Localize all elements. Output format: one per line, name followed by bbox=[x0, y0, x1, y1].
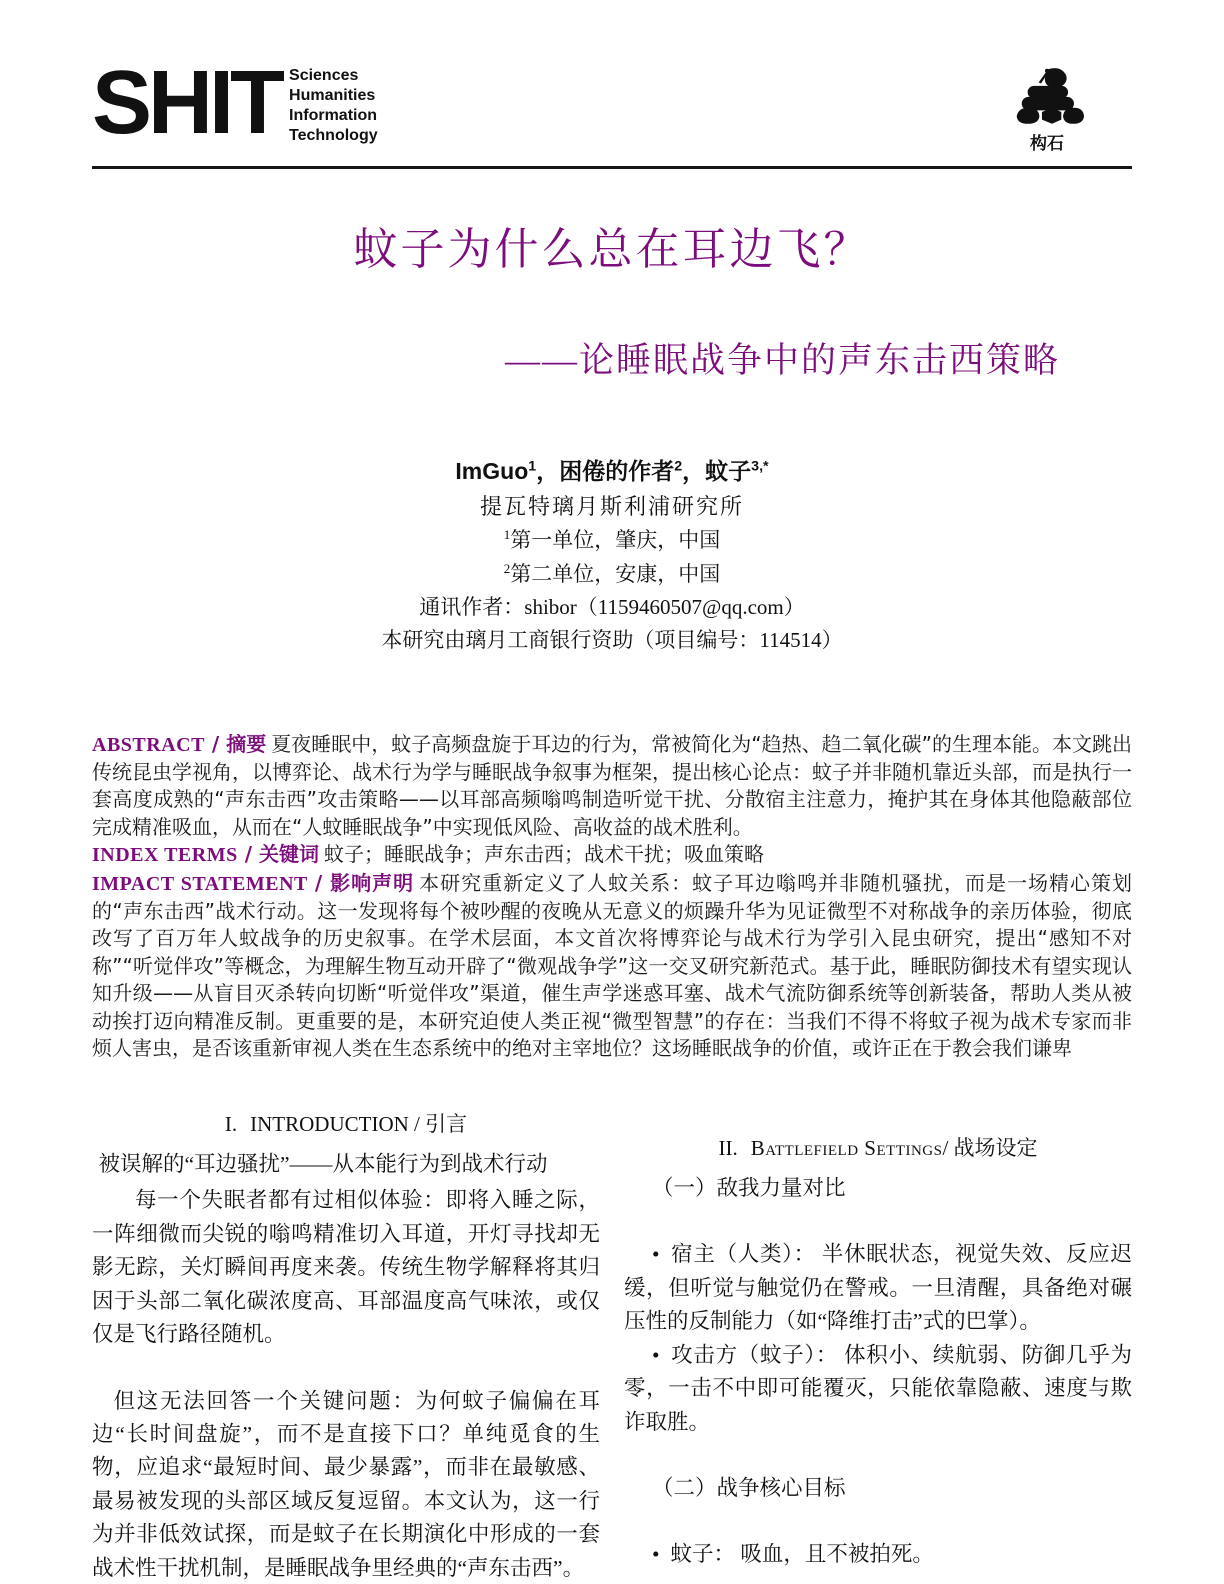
journal-logo-words: Sciences Humanities Information Technolo… bbox=[289, 60, 378, 146]
author-affil-mark: 3,* bbox=[751, 458, 768, 474]
logo-word: Technology bbox=[289, 126, 378, 146]
abstract-paragraph: ABSTRACT/ 摘要夏夜睡眠中，蚊子高频盘旋于耳边的行为，常被简化为“趋热、… bbox=[92, 731, 1132, 842]
author-line: ImGuo1，困倦的作者2，蚊子3,* bbox=[92, 457, 1132, 487]
bullet-item-mosquito-goal: •蚊子： 吸血，且不被拍死。 bbox=[624, 1538, 1132, 1571]
bullet-text: 攻击方（蚊子）： 体积小、续航弱、防御几乎为零，一击不中即可能覆灭，只能依靠隐蔽… bbox=[624, 1343, 1132, 1434]
org-badge: 构石 bbox=[1004, 64, 1090, 154]
index-terms-label-zh: / 关键词 bbox=[238, 842, 324, 866]
bullet-icon: • bbox=[652, 1343, 660, 1367]
impact-statement-paragraph: IMPACT STATEMENT/ 影响声明本研究重新定义了人蚊关系：蚊子耳边嗡… bbox=[92, 870, 1132, 1063]
masthead-rule bbox=[92, 166, 1132, 169]
column-right: II.Battlefield Settings/ 战场设定 （一）敌我力量对比 … bbox=[624, 1108, 1132, 1584]
bullet-icon: • bbox=[652, 1242, 660, 1266]
affiliation-text: 第二单位，安康，中国 bbox=[510, 562, 720, 586]
battlefield-subsection-1: （一）敌我力量对比 bbox=[624, 1172, 1132, 1205]
journal-brand: SHIT Sciences Humanities Information Tec… bbox=[92, 60, 378, 146]
stone-pile-icon bbox=[1004, 64, 1090, 128]
section-title-en: Battlefield Settings bbox=[751, 1136, 943, 1160]
index-terms-text: 蚊子；睡眠战争；声东击西；战术干扰；吸血策略 bbox=[324, 842, 764, 866]
bullet-item-attacker: •攻击方（蚊子）： 体积小、续航弱、防御几乎为零，一击不中即可能覆灭，只能依靠隐… bbox=[624, 1339, 1132, 1439]
index-terms-label: INDEX TERMS bbox=[92, 844, 238, 866]
impact-text: 本研究重新定义了人蚊关系：蚊子耳边嗡鸣并非随机骚扰，而是一场精心策划的“声东击西… bbox=[92, 871, 1132, 1060]
intro-subheading: 被误解的“耳边骚扰”——从本能行为到战术行动 bbox=[92, 1148, 600, 1181]
abstract-label: ABSTRACT bbox=[92, 734, 205, 756]
section-title-en: INTRODUCTION bbox=[250, 1112, 409, 1136]
author-name: ，蚊子 bbox=[682, 458, 751, 484]
section-title-zh: / 引言 bbox=[414, 1112, 467, 1136]
column-left: I.INTRODUCTION / 引言 被误解的“耳边骚扰”——从本能行为到战术… bbox=[92, 1108, 600, 1584]
intro-paragraph-1: 每一个失眠者都有过相似体验：即将入睡之际，一阵细微而尖锐的嗡鸣精准切入耳道，开灯… bbox=[92, 1184, 600, 1351]
frontmatter: ABSTRACT/ 摘要夏夜睡眠中，蚊子高频盘旋于耳边的行为，常被简化为“趋热、… bbox=[92, 731, 1132, 1063]
section-heading-introduction: I.INTRODUCTION / 引言 bbox=[92, 1108, 600, 1141]
author-block: ImGuo1，困倦的作者2，蚊子3,* 提瓦特璃月斯利浦研究所 1第一单位，肇庆… bbox=[92, 457, 1132, 655]
bullet-text: 蚊子： 吸血，且不被拍死。 bbox=[670, 1542, 933, 1566]
section-heading-battlefield: II.Battlefield Settings/ 战场设定 bbox=[624, 1132, 1132, 1165]
paper-page: SHIT Sciences Humanities Information Tec… bbox=[0, 0, 1224, 1584]
corresponding-author: 通讯作者：shibor（1159460507@qq.com） bbox=[92, 594, 1132, 621]
journal-logo-text: SHIT bbox=[92, 62, 281, 145]
paper-title: 蚊子为什么总在耳边飞？ bbox=[92, 213, 1132, 277]
impact-label: IMPACT STATEMENT bbox=[92, 873, 308, 895]
author-name: ，困倦的作者 bbox=[536, 458, 674, 484]
logo-word: Information bbox=[289, 106, 378, 126]
abstract-label-zh: / 摘要 bbox=[205, 732, 271, 756]
section-number: I. bbox=[225, 1112, 237, 1136]
logo-word: Humanities bbox=[289, 86, 378, 106]
impact-label-zh: / 影响声明 bbox=[308, 871, 419, 895]
paper-subtitle: ——论睡眠战争中的声东击西策略 bbox=[92, 333, 1060, 383]
battlefield-subsection-2: （二）战争核心目标 bbox=[624, 1472, 1132, 1505]
section-title-zh: / 战场设定 bbox=[942, 1136, 1037, 1160]
masthead: SHIT Sciences Humanities Information Tec… bbox=[92, 56, 1132, 154]
funding-note: 本研究由璃月工商银行资助（项目编号：114514） bbox=[92, 627, 1132, 654]
logo-word: Sciences bbox=[289, 66, 378, 86]
intro-paragraph-2: 但这无法回答一个关键问题：为何蚊子偏偏在耳边“长时间盘旋”，而不是直接下口？单纯… bbox=[92, 1385, 600, 1584]
author-name: ImGuo bbox=[455, 458, 528, 484]
bullet-text: 宿主（人类）： 半休眠状态，视觉失效、反应迟缓，但听觉与触觉仍在警戒。一旦清醒，… bbox=[624, 1242, 1132, 1333]
section-number: II. bbox=[718, 1136, 737, 1160]
org-badge-label: 构石 bbox=[1030, 129, 1064, 154]
affiliation-2: 2第二单位，安康，中国 bbox=[92, 561, 1132, 588]
affiliation-1: 1第一单位，肇庆，中国 bbox=[92, 527, 1132, 554]
bullet-icon: • bbox=[652, 1542, 660, 1566]
author-affil-mark: 2 bbox=[674, 458, 682, 474]
author-affil-mark: 1 bbox=[528, 458, 536, 474]
index-terms-paragraph: INDEX TERMS/ 关键词蚊子；睡眠战争；声东击西；战术干扰；吸血策略 bbox=[92, 841, 1132, 869]
bullet-item-host: •宿主（人类）： 半休眠状态，视觉失效、反应迟缓，但听觉与触觉仍在警戒。一旦清醒… bbox=[624, 1238, 1132, 1338]
affiliation-text: 第一单位，肇庆，中国 bbox=[510, 528, 720, 552]
body-columns: I.INTRODUCTION / 引言 被误解的“耳边骚扰”——从本能行为到战术… bbox=[92, 1108, 1132, 1584]
institute: 提瓦特璃月斯利浦研究所 bbox=[92, 493, 1132, 522]
